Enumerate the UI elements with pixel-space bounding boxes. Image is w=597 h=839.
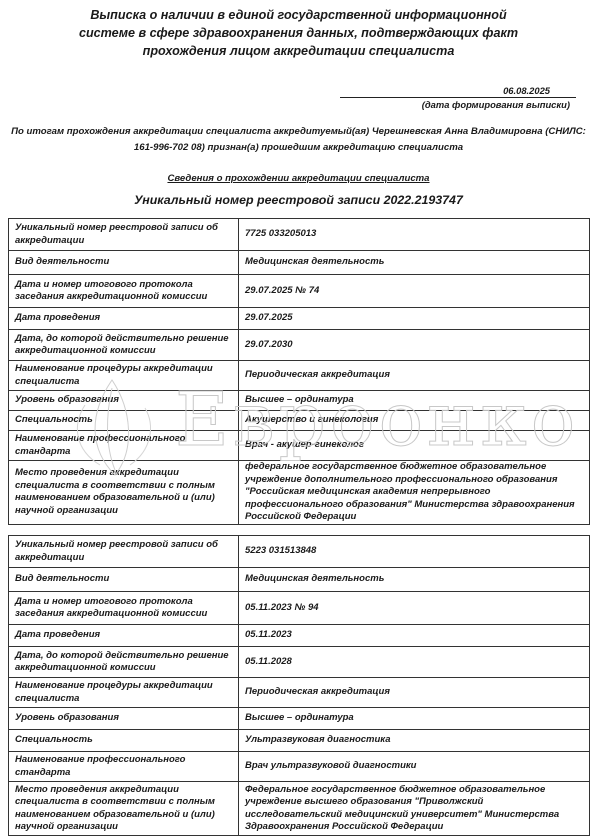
table-row: Дата проведения29.07.2025 [9, 308, 590, 330]
field-label: Специальность [9, 411, 239, 431]
table-row: Дата и номер итогового протокола заседан… [9, 592, 590, 625]
field-value: 05.11.2023 № 94 [239, 592, 590, 625]
table-row: Уникальный номер реестровой записи об ак… [9, 219, 590, 251]
accreditation-record-table: Уникальный номер реестровой записи об ак… [8, 535, 590, 836]
field-value: Ультразвуковая диагностика [239, 730, 590, 752]
issue-date-block: 06.08.2025 (дата формирования выписки) [340, 85, 576, 111]
field-label: Дата проведения [9, 308, 239, 330]
table-row: Вид деятельностиМедицинская деятельность [9, 251, 590, 275]
field-value: 29.07.2025 [239, 308, 590, 330]
field-value: 05.11.2028 [239, 647, 590, 678]
table-row: Место проведения аккредитации специалист… [9, 461, 590, 525]
field-label: Место проведения аккредитации специалист… [9, 782, 239, 836]
table-row: Дата и номер итогового протокола заседан… [9, 275, 590, 308]
table-row: Наименование профессионального стандарта… [9, 431, 590, 461]
title-line: системе в сфере здравоохранения данных, … [0, 24, 597, 42]
field-label: Уникальный номер реестровой записи об ак… [9, 219, 239, 251]
field-value: 5223 031513848 [239, 536, 590, 568]
title-line: Выписка о наличии в единой государственн… [0, 6, 597, 24]
field-value: Периодическая аккредитация [239, 361, 590, 391]
field-value: Врач ультразвуковой диагностики [239, 752, 590, 782]
table-row: СпециальностьУльтразвуковая диагностика [9, 730, 590, 752]
summary-line: 161-996-702 08) признан(а) прошедшим акк… [0, 140, 597, 156]
field-value: Акушерство и гинекология [239, 411, 590, 431]
field-value: Высшее – ординатура [239, 391, 590, 411]
table-row: Уникальный номер реестровой записи об ак… [9, 536, 590, 568]
accreditation-summary: По итогам прохождения аккредитации специ… [0, 124, 597, 156]
issue-date: 06.08.2025 [340, 85, 576, 98]
field-label: Специальность [9, 730, 239, 752]
field-value: 7725 033205013 [239, 219, 590, 251]
table-row: СпециальностьАкушерство и гинекология [9, 411, 590, 431]
field-label: Уровень образования [9, 391, 239, 411]
field-label: Уровень образования [9, 708, 239, 730]
table-row: Место проведения аккредитации специалист… [9, 782, 590, 836]
table-row: Дата, до которой действительно решение а… [9, 647, 590, 678]
field-value: Медицинская деятельность [239, 251, 590, 275]
field-label: Дата проведения [9, 625, 239, 647]
table-row: Наименование профессионального стандарта… [9, 752, 590, 782]
table-row: Уровень образованияВысшее – ординатура [9, 708, 590, 730]
field-label: Наименование профессионального стандарта [9, 431, 239, 461]
field-label: Уникальный номер реестровой записи об ак… [9, 536, 239, 568]
field-value: 05.11.2023 [239, 625, 590, 647]
field-value: 29.07.2030 [239, 330, 590, 361]
table-row: Дата проведения05.11.2023 [9, 625, 590, 647]
field-value: Медицинская деятельность [239, 568, 590, 592]
accreditation-record-table: Уникальный номер реестровой записи об ак… [8, 218, 590, 525]
field-label: Дата и номер итогового протокола заседан… [9, 592, 239, 625]
table-row: Вид деятельностиМедицинская деятельность [9, 568, 590, 592]
table-row: Наименование процедуры аккредитации спец… [9, 678, 590, 708]
field-label: Дата, до которой действительно решение а… [9, 330, 239, 361]
table-row: Наименование процедуры аккредитации спец… [9, 361, 590, 391]
field-label: Вид деятельности [9, 251, 239, 275]
table-row: Уровень образованияВысшее – ординатура [9, 391, 590, 411]
field-value: Периодическая аккредитация [239, 678, 590, 708]
section-title: Сведения о прохождении аккредитации спец… [0, 173, 597, 184]
field-value: Врач - акушер-гинеколог [239, 431, 590, 461]
field-label: Дата и номер итогового протокола заседан… [9, 275, 239, 308]
field-label: Наименование профессионального стандарта [9, 752, 239, 782]
summary-line: По итогам прохождения аккредитации специ… [0, 124, 597, 140]
registry-number-title: Уникальный номер реестровой записи 2022.… [0, 193, 597, 207]
issue-date-caption: (дата формирования выписки) [340, 98, 576, 111]
document-title: Выписка о наличии в единой государственн… [0, 6, 597, 60]
field-value: Федеральное государственное бюджетное об… [239, 782, 590, 836]
field-label: Вид деятельности [9, 568, 239, 592]
field-label: Наименование процедуры аккредитации спец… [9, 678, 239, 708]
table-row: Дата, до которой действительно решение а… [9, 330, 590, 361]
field-value: 29.07.2025 № 74 [239, 275, 590, 308]
field-value: Высшее – ординатура [239, 708, 590, 730]
field-label: Место проведения аккредитации специалист… [9, 461, 239, 525]
field-label: Наименование процедуры аккредитации спец… [9, 361, 239, 391]
title-line: прохождения лицом аккредитации специалис… [0, 42, 597, 60]
field-value: федеральное государственное бюджетное об… [239, 461, 590, 525]
field-label: Дата, до которой действительно решение а… [9, 647, 239, 678]
